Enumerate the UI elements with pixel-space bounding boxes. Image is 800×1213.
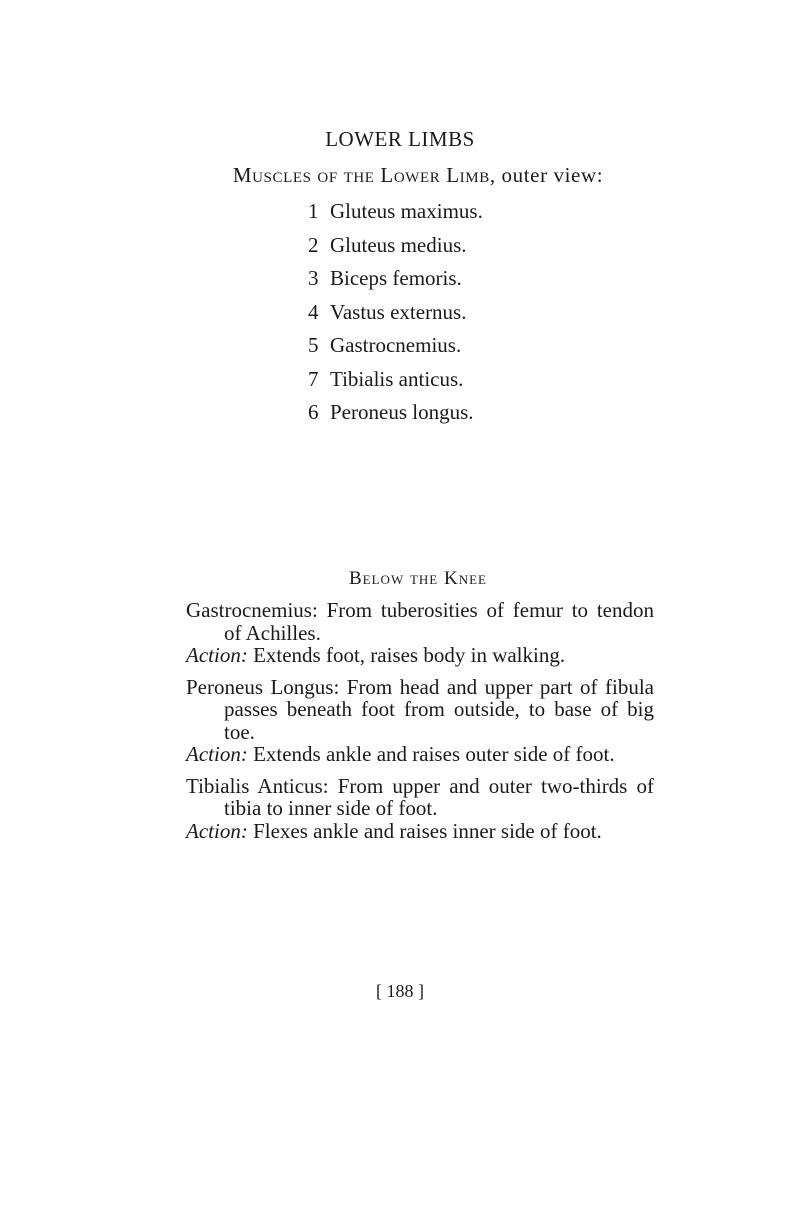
list-item: 2Gluteus medius.	[308, 231, 483, 265]
item-number: 6	[308, 398, 330, 426]
item-number: 7	[308, 365, 330, 393]
action-text: Extends foot, raises body in walking.	[248, 643, 565, 667]
entry-description: Peroneus Longus: From head and upper par…	[186, 676, 654, 744]
muscle-entries: Gastrocnemius: From tuberosities of femu…	[186, 599, 654, 851]
entry-peroneus-longus: Peroneus Longus: From head and upper par…	[186, 676, 654, 766]
entry-action: Action: Extends ankle and raises outer s…	[186, 743, 654, 766]
item-number: 1	[308, 197, 330, 225]
entry-action: Action: Flexes ankle and raises inner si…	[186, 820, 654, 843]
list-item: 7Tibialis anticus.	[308, 365, 483, 399]
entry-description: Gastrocnemius: From tuberosities of femu…	[186, 599, 654, 644]
item-name: Gluteus medius.	[330, 233, 467, 257]
item-name: Tibialis anticus.	[330, 367, 463, 391]
list-item: 5Gastrocnemius.	[308, 331, 483, 365]
page-number: [ 188 ]	[0, 981, 800, 1002]
item-number: 4	[308, 298, 330, 326]
entry-action: Action: Extends foot, raises body in wal…	[186, 644, 654, 667]
entry-gastrocnemius: Gastrocnemius: From tuberosities of femu…	[186, 599, 654, 667]
subtitle-rest: outer view:	[496, 163, 604, 187]
list-item: 6Peroneus longus.	[308, 398, 483, 432]
entry-tibialis-anticus: Tibialis Anticus: From upper and outer t…	[186, 775, 654, 843]
action-label: Action:	[186, 742, 248, 766]
item-name: Gluteus maximus.	[330, 199, 483, 223]
action-label: Action:	[186, 643, 248, 667]
list-item: 3Biceps femoris.	[308, 264, 483, 298]
section-heading: Below the Knee	[0, 568, 800, 590]
item-name: Biceps femoris.	[330, 266, 462, 290]
page-title: LOWER LIMBS	[0, 127, 800, 152]
entry-description: Tibialis Anticus: From upper and outer t…	[186, 775, 654, 820]
item-name: Vastus externus.	[330, 300, 466, 324]
item-number: 3	[308, 264, 330, 292]
subtitle: Muscles of the Lower Limb, outer view:	[0, 163, 800, 188]
list-item: 1Gluteus maximus.	[308, 197, 483, 231]
item-number: 2	[308, 231, 330, 259]
item-name: Peroneus longus.	[330, 400, 474, 424]
muscle-list: 1Gluteus maximus. 2Gluteus medius. 3Bice…	[308, 197, 483, 432]
action-label: Action:	[186, 819, 248, 843]
action-text: Flexes ankle and raises inner side of fo…	[248, 819, 602, 843]
subtitle-caps: Muscles of the Lower Limb,	[233, 163, 496, 187]
list-item: 4Vastus externus.	[308, 298, 483, 332]
item-name: Gastrocnemius.	[330, 333, 461, 357]
action-text: Extends ankle and raises outer side of f…	[248, 742, 615, 766]
item-number: 5	[308, 331, 330, 359]
